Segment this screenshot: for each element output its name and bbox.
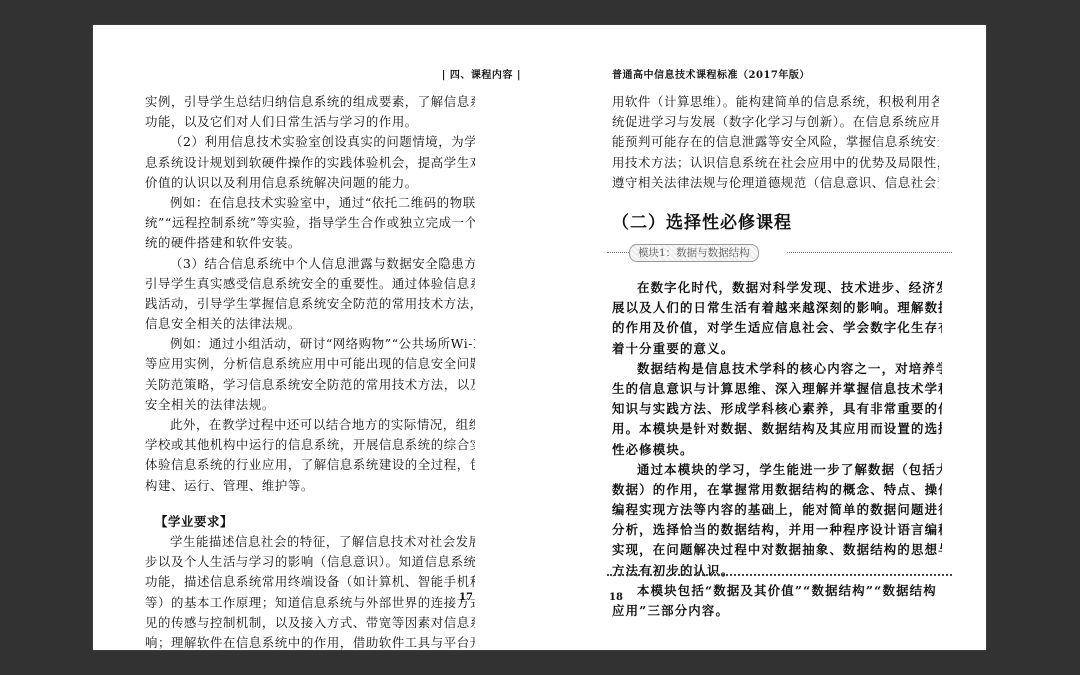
text-line: 用技术方法；认识信息系统在社会应用中的优势及局限性，能够自觉 [612, 153, 939, 173]
text-line: 方法有初步的认识。 [612, 561, 942, 581]
requirements-heading: 【学业要求】 [145, 512, 475, 532]
page-number-right: 18 [609, 592, 623, 603]
book-spread: | 四、课程内容 | 实例，引导学生总结归纳信息系统的组成要素，了解信息系统的常… [93, 25, 986, 650]
text-line: 步以及个人生活与学习的影响（信息意识）。知道信息系统的组成与 [145, 552, 475, 572]
text-line: 统”“远程控制系统”等实验，指导学生合作或独立完成一个信息系 [145, 213, 475, 233]
text-line: 展以及人们的日常生活有着越来越深刻的影响。理解数据 [612, 298, 942, 318]
text-line: 本模块包括“数据及其价值”“数据结构”“数据结构 [612, 581, 942, 601]
text-line: 学校或其他机构中运行的信息系统，开展信息系统的综合实践活动， [145, 435, 475, 455]
text-line: 统的硬件搭建和软件安装。 [145, 233, 475, 253]
text-line: 等）的基本工作原理；知道信息系统与外部世界的连接方式，了解常 [145, 593, 475, 613]
text-line: 例如：通过小组活动，研讨“网络购物”“公共场所Wi-Fi使用” [145, 334, 475, 354]
text-line: 生的信息意识与计算思维、深入理解并掌握信息技术学科 [612, 379, 942, 399]
text-line: 应用”三部分内容。 [612, 601, 942, 621]
running-head-left: | 四、课程内容 | [442, 66, 521, 81]
text-line: 通过本模块的学习，学生能进一步了解数据（包括大 [612, 460, 942, 480]
running-head-right: 普通高中信息技术课程标准（2017年版） [612, 66, 810, 81]
module-label: 模块1：数据与数据结构 [629, 244, 759, 262]
text-line: 用。本模块是针对数据、数据结构及其应用而设置的选择 [612, 419, 942, 439]
text-line: 能预判可能存在的信息泄露等安全风险，掌握信息系统安全防范的常 [612, 132, 939, 152]
text-line: 知识与实践方法、形成学科核心素养，具有非常重要的作 [612, 399, 942, 419]
text-line: 遵守相关法律法规与伦理道德规范（信息意识、信息社会责任）。 [612, 173, 939, 193]
text-line: 功能，以及它们对人们日常生活与学习的作用。 [145, 112, 475, 132]
module-end-dotted-rule [607, 574, 952, 576]
page-number-left: 17 [459, 592, 473, 603]
paragraph-gap [145, 496, 475, 512]
right-body-text: 用软件（计算思维）。能构建简单的信息系统，积极利用各种信息系 统促进学习与发展（… [612, 92, 939, 193]
module-banner: 模块1：数据与数据结构 [607, 244, 952, 262]
text-line: 息系统设计规划到软硬件操作的实践体验机会，提高学生对信息系统 [145, 153, 475, 173]
text-line: 统促进学习与发展（数字化学习与创新）。在信息系统应用过程中， [612, 112, 939, 132]
text-line: 实例，引导学生总结归纳信息系统的组成要素，了解信息系统的常见 [145, 92, 475, 112]
text-line: 此外，在教学过程中还可以结合地方的实际情况，组织学生参观 [145, 415, 475, 435]
text-line: 构建、运行、管理、维护等。 [145, 476, 475, 496]
left-body-text: 实例，引导学生总结归纳信息系统的组成要素，了解信息系统的常见 功能，以及它们对人… [145, 92, 475, 653]
text-line: 在数字化时代，数据对科学发现、技术进步、经济发 [612, 278, 942, 298]
text-line: 关防范策略，学习信息系统安全防范的常用技术方法，以及与信息 [145, 375, 475, 395]
text-line: 着十分重要的意义。 [612, 339, 942, 359]
text-line: 编程实现方法等内容的基础上，能对简单的数据问题进行 [612, 500, 942, 520]
text-line: 数据）的作用，在掌握常用数据结构的概念、特点、操作、 [612, 480, 942, 500]
text-line: 响；理解软件在信息系统中的作用，借助软件工具与平台开发网络应 [145, 633, 475, 653]
section-title: （二）选择性必修课程 [612, 208, 792, 233]
text-line: 见的传感与控制机制，以及接入方式、带宽等因素对信息系统的影 [145, 613, 475, 633]
dotted-rule [607, 252, 629, 253]
text-line: 践活动，引导学生掌握信息系统安全防范的常用技术方法，学习与 [145, 294, 475, 314]
module-body-text: 在数字化时代，数据对科学发现、技术进步、经济发 展以及人们的日常生活有着越来越深… [612, 278, 942, 621]
text-line: 用软件（计算思维）。能构建简单的信息系统，积极利用各种信息系 [612, 92, 939, 112]
text-line: 功能，描述信息系统常用终端设备（如计算机、智能手机和平板电脑 [145, 572, 475, 592]
text-line: 的作用及价值，对学生适应信息社会、学会数字化生存有 [612, 318, 942, 338]
text-line: 安全相关的法律法规。 [145, 395, 475, 415]
text-line: 例如：在信息技术实验室中，通过“依托二维码的物联网系 [145, 193, 475, 213]
text-line: （3）结合信息系统中个人信息泄露与数据安全隐患方面的案例， [145, 254, 475, 274]
left-page: | 四、课程内容 | 实例，引导学生总结归纳信息系统的组成要素，了解信息系统的常… [93, 25, 539, 650]
text-line: （2）利用信息技术实验室创设真实的问题情境，为学生提供从信 [145, 132, 475, 152]
text-line: 性必修模块。 [612, 440, 942, 460]
right-page: 普通高中信息技术课程标准（2017年版） 用软件（计算思维）。能构建简单的信息系… [539, 25, 986, 650]
text-line: 价值的认识以及利用信息系统解决问题的能力。 [145, 173, 475, 193]
text-line: 分析，选择恰当的数据结构，并用一种程序设计语言编程 [612, 520, 942, 540]
text-line: 体验信息系统的行业应用，了解信息系统建设的全过程，包括设计、 [145, 455, 475, 475]
text-line: 引导学生真实感受信息系统安全的重要性。通过体验信息系统的实 [145, 274, 475, 294]
text-line: 信息安全相关的法律法规。 [145, 314, 475, 334]
dotted-rule [787, 252, 952, 253]
text-line: 数据结构是信息技术学科的核心内容之一，对培养学 [612, 359, 942, 379]
text-line: 学生能描述信息社会的特征，了解信息技术对社会发展、科技进 [145, 532, 475, 552]
text-line: 实现，在问题解决过程中对数据抽象、数据结构的思想与 [612, 540, 942, 560]
text-line: 等应用实例，分析信息系统应用中可能出现的信息安全问题，总结相 [145, 354, 475, 374]
